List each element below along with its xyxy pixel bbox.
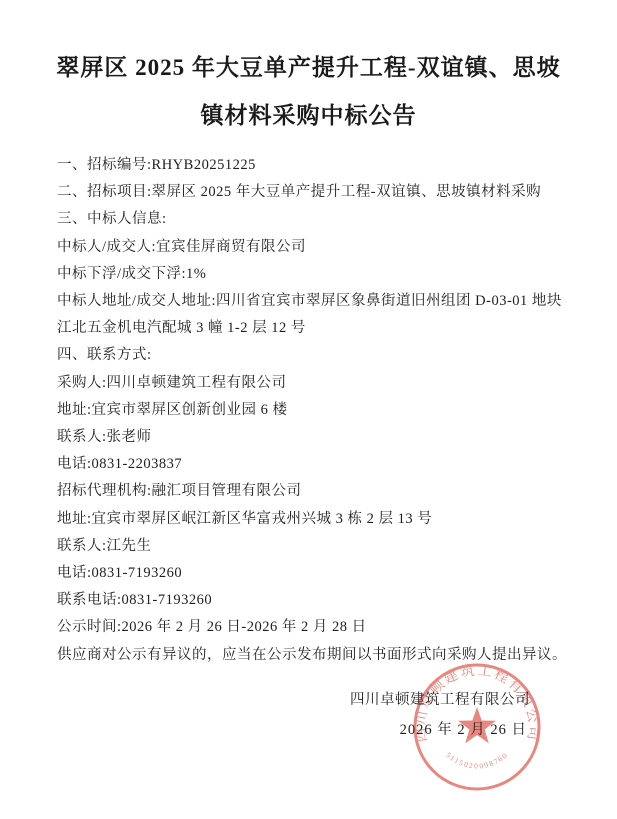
body-line-purchaser-phone: 电话:0831-2203837 [57, 451, 577, 478]
body-line-winner-info-heading: 三、中标人信息: [57, 206, 577, 233]
title-line-2: 镇材料采购中标公告 [0, 92, 617, 140]
body-line-agency-phone: 电话:0831-7193260 [57, 560, 577, 587]
title-line-1: 翠屏区 2025 年大豆单产提升工程-双谊镇、思坡 [0, 44, 617, 92]
svg-text:5115020098760: 5115020098760 [444, 750, 510, 770]
signature-company: 四川卓顿建筑工程有限公司 [0, 688, 530, 709]
body-line-agency-contact: 联系人:江先生 [57, 533, 577, 560]
announcement-page: 翠屏区 2025 年大豆单产提升工程-双谊镇、思坡 镇材料采购中标公告 一、招标… [0, 0, 617, 819]
body-line-purchaser: 采购人:四川卓顿建筑工程有限公司 [57, 370, 577, 397]
body-line-discount-rate: 中标下浮/成交下浮:1% [57, 261, 577, 288]
body-line-publicity-period: 公示时间:2026 年 2 月 26 日-2026 年 2 月 28 日 [57, 614, 577, 641]
body-line-winner-address-1: 中标人地址/成交人地址:四川省宜宾市翠屏区象鼻街道旧州组团 D-03-01 地块 [57, 288, 577, 315]
body-line-agency-phone-2: 联系电话:0831-7193260 [57, 587, 577, 614]
document-title: 翠屏区 2025 年大豆单产提升工程-双谊镇、思坡 镇材料采购中标公告 [0, 0, 617, 140]
body-line-agency-address: 地址:宜宾市翠屏区岷江新区华富戎州兴城 3 栋 2 层 13 号 [57, 506, 577, 533]
body-line-purchaser-contact: 联系人:张老师 [57, 424, 577, 451]
body-line-purchaser-address: 地址:宜宾市翠屏区创新创业园 6 楼 [57, 397, 577, 424]
body-line-winner-name: 中标人/成交人:宜宾佳屏商贸有限公司 [57, 234, 577, 261]
body-line-agency: 招标代理机构:融汇项目管理有限公司 [57, 478, 577, 505]
body-line-tender-project: 二、招标项目:翠屏区 2025 年大豆单产提升工程-双谊镇、思坡镇材料采购 [57, 179, 577, 206]
body-line-contact-heading: 四、联系方式: [57, 342, 577, 369]
seal-registration-number: 5115020098760 [444, 750, 510, 770]
body-line-winner-address-2: 江北五金机电汽配城 3 幢 1-2 层 12 号 [57, 315, 577, 342]
signature-date: 2026 年 2 月 26 日 [0, 718, 527, 739]
body-line-tender-number: 一、招标编号:RHYB20251225 [57, 152, 577, 179]
document-body: 一、招标编号:RHYB20251225 二、招标项目:翠屏区 2025 年大豆单… [57, 152, 577, 669]
